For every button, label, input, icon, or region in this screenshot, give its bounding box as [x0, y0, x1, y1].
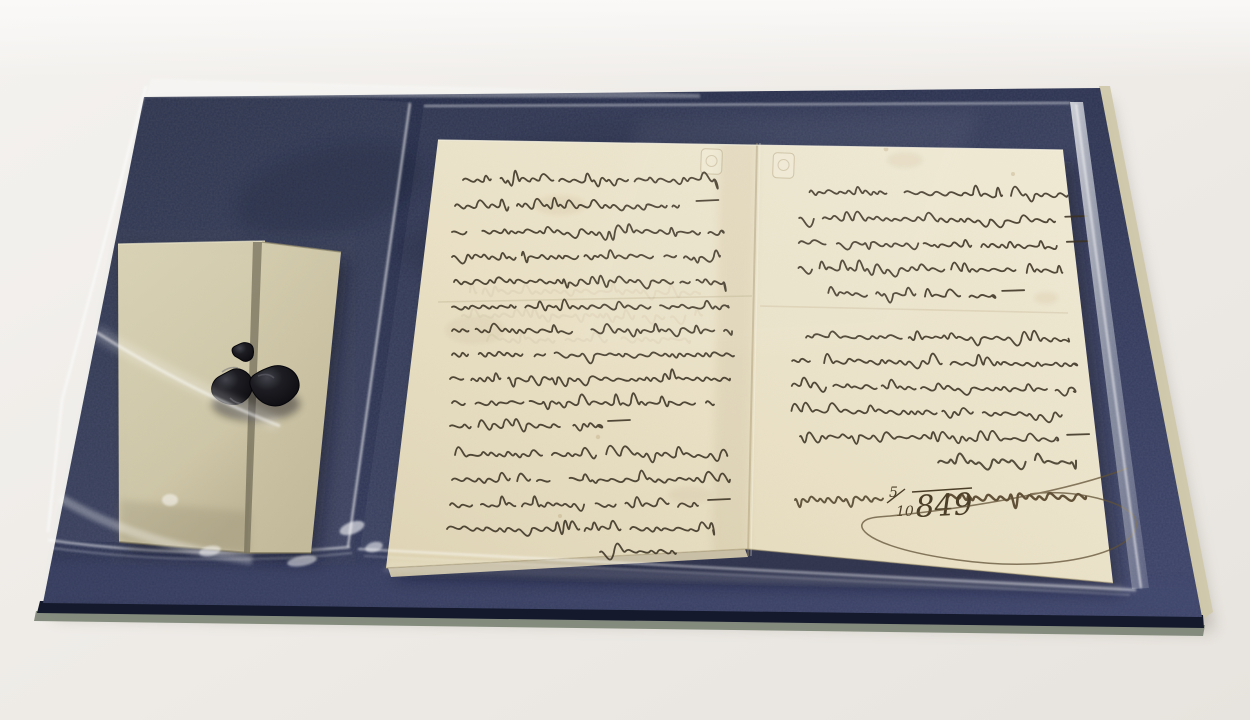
photograph-letter-display: 5 10 849 [0, 0, 1250, 720]
scene-svg: 5 10 849 [0, 0, 1250, 720]
letter-sleeve [358, 101, 1149, 595]
